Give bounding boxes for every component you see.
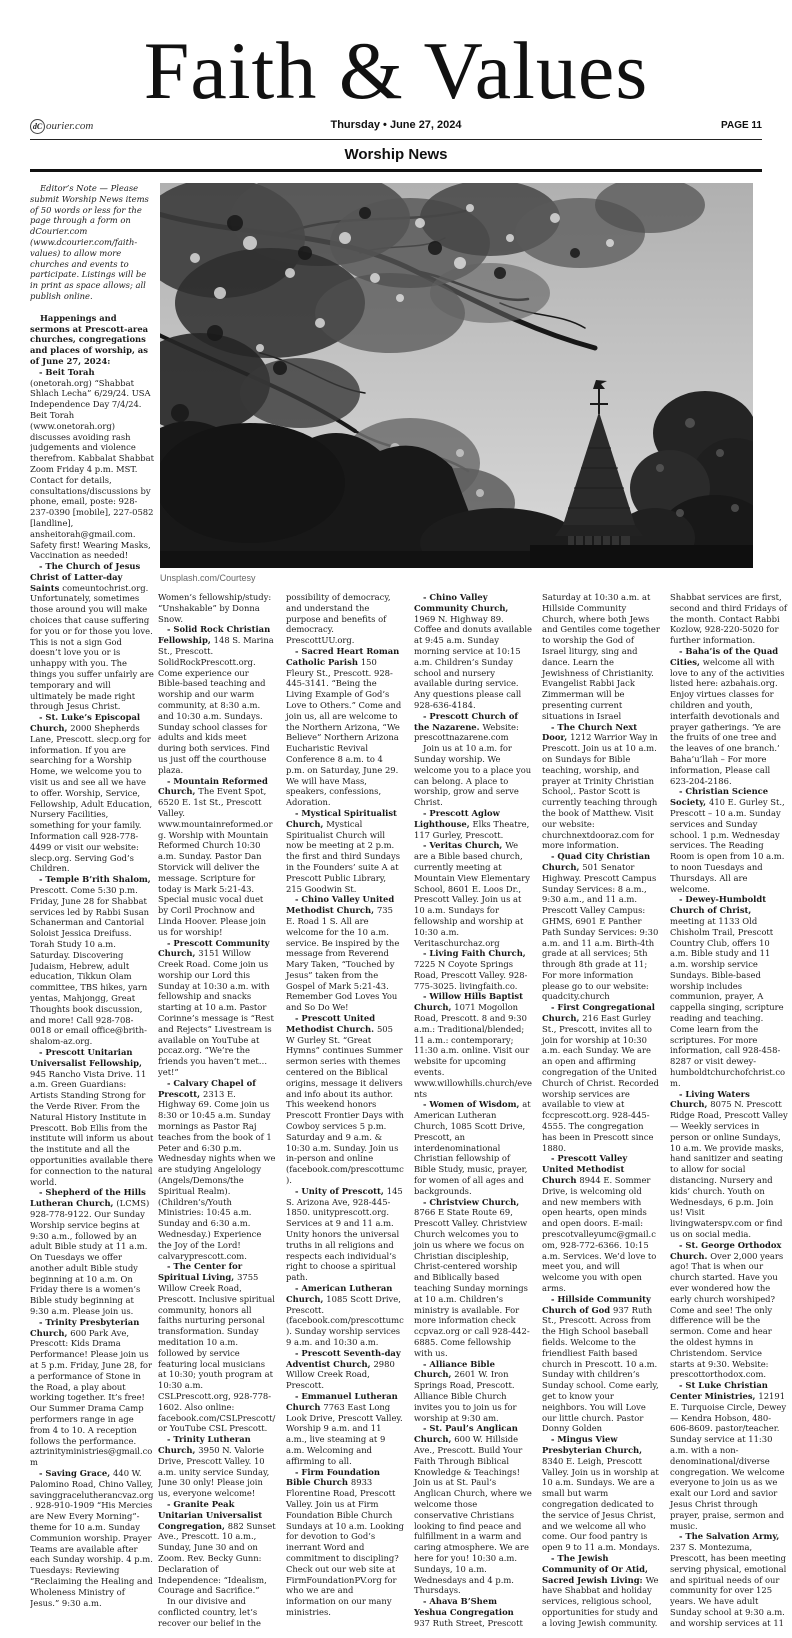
photo-caption: Unsplash.com/Courtesy <box>160 573 256 583</box>
listing-church-name: - American Lutheran Church, <box>286 1283 392 1304</box>
listing-item: - St. George Orthodox Church. Over 2,000… <box>670 1240 788 1380</box>
listing-church-name: - Saving Grace, <box>39 1468 113 1478</box>
listing-item: - Firm Foundation Bible Church 8933 Flor… <box>286 1467 404 1618</box>
listing-item: - The Church Next Door, 1212 Warrior Way… <box>542 722 660 852</box>
church-steeple-image <box>160 183 753 568</box>
listing-item: - First Congregational Church, 216 East … <box>542 1002 660 1153</box>
listing-church-name: - Unity of Prescott, <box>295 1186 387 1196</box>
worship-photo <box>160 183 753 568</box>
listing-church-name: - Prescott Church of the Nazarene. <box>414 711 518 732</box>
listing-church-name: - Solid Rock Christian Fellowship, <box>158 624 270 645</box>
listing-church-name: - Chino Valley United Methodist Church, <box>286 894 394 915</box>
listing-item: - Prescott Seventh-day Adventist Church,… <box>286 1348 404 1391</box>
worship-listings-columns: Women’s fellowship/study: “Unshakable” b… <box>158 592 788 1632</box>
listing-item: - Prescott Community Church, 3151 Willow… <box>158 938 276 1078</box>
listing-church-name: - Trinity Presbyterian Church, <box>30 1317 139 1338</box>
listing-item: - Emmanuel Lutheran Church 7763 East Lon… <box>286 1391 404 1467</box>
listing-church-name: - Calvary Chapel of Prescott, <box>158 1078 256 1099</box>
listing-church-name: - Women of Wisdom, <box>423 1099 522 1109</box>
column-one-listings: - Beit Torah (onetorah.org) “Shabbat Shl… <box>30 367 154 1609</box>
listing-item: - Prescott Church of the Nazarene. Websi… <box>414 711 532 743</box>
listing-item: - Saving Grace, 440 W. Palomino Road, Ch… <box>30 1468 154 1608</box>
listing-item: - Willow Hills Baptist Church, 1071 Mogo… <box>414 991 532 1099</box>
listing-item: - The Church of Jesus Christ of Latter-d… <box>30 561 154 712</box>
listing-item: - American Lutheran Church, 1085 Scott D… <box>286 1283 404 1348</box>
listing-item: - Mountain Reformed Church, The Event Sp… <box>158 776 276 938</box>
date-text: Thursday • June 27, 2024 <box>30 119 762 131</box>
dateline-row: dCourier.com Thursday • June 27, 2024 PA… <box>30 119 762 135</box>
listing-church-name: - The Church of Jesus Christ of Latter-d… <box>30 561 140 593</box>
spacer <box>30 302 154 313</box>
listing-church-name: - Baha’is of the Quad Cities, <box>670 646 778 667</box>
listing-item: - Hillside Community Church of God 937 R… <box>542 1294 660 1434</box>
listing-item: - Christian Science Society, 410 E. Gurl… <box>670 786 788 894</box>
listing-item: - Unity of Prescott, 145 S. Arizona Ave,… <box>286 1186 404 1283</box>
listing-church-name: - Emmanuel Lutheran Church <box>286 1391 398 1412</box>
page-title: Faith & Values <box>0 30 792 112</box>
listing-church-name: - Dewey-Humboldt Church of Christ, <box>670 894 766 915</box>
listing-church-name: - The Center for Spiritual Living, <box>158 1261 242 1282</box>
listing-item: - Trinity Lutheran Church, 3950 N. Valor… <box>158 1434 276 1499</box>
listing-item: Join us at 10 a.m. for Sunday worship. W… <box>414 743 532 808</box>
listing-item: - Living Faith Church, 7225 N Coyote Spr… <box>414 948 532 991</box>
listing-church-name: - Living Waters Church, <box>670 1089 750 1110</box>
listing-item: - Veritas Church, We are a Bible based c… <box>414 840 532 948</box>
listing-item: - Prescott Aglow Lighthouse, Elks Theatr… <box>414 808 532 840</box>
listing-item: - Temple B’rith Shalom, Prescott. Come 5… <box>30 874 154 1047</box>
listing-item: - Solid Rock Christian Fellowship, 148 S… <box>158 624 276 775</box>
listing-church-name: - Hillside Community Church of God <box>542 1294 651 1315</box>
listing-church-name: - Chino Valley Community Church, <box>414 592 508 613</box>
listing-church-name: - Sacred Heart Roman Catholic Parish <box>286 646 399 667</box>
listing-item: - Alliance Bible Church, 2601 W. Iron Sp… <box>414 1359 532 1424</box>
editor-note: Editor’s Note — Please submit Worship Ne… <box>30 183 154 302</box>
listing-item: - Chino Valley United Methodist Church, … <box>286 894 404 1013</box>
listing-item: - St. Paul’s Anglican Church, 600 W. Hil… <box>414 1423 532 1596</box>
column-one: Editor’s Note — Please submit Worship Ne… <box>30 183 154 1630</box>
listing-church-name: - Veritas Church, <box>423 840 505 850</box>
listing-church-name: - Prescott Unitarian Universalist Fellow… <box>30 1047 142 1068</box>
listing-item: - Christview Church, 8766 E State Route … <box>414 1197 532 1359</box>
listing-item: - Dewey-Humboldt Church of Christ, meeti… <box>670 894 788 1088</box>
listing-item: - Sacred Heart Roman Catholic Parish 150… <box>286 646 404 808</box>
listing-item: - Chino Valley Community Church, 1969 N.… <box>414 592 532 711</box>
listing-church-name: - Mingus View Presbyterian Church, <box>542 1434 642 1455</box>
listing-church-name: - Living Faith Church, <box>423 948 526 958</box>
listing-church-name: - Prescott Seventh-day Adventist Church, <box>286 1348 401 1369</box>
listing-church-name: - Quad City Christian Church, <box>542 851 650 872</box>
listing-church-name: - Mystical Spiritualist Church, <box>286 808 397 829</box>
listing-church-name: - Willow Hills Baptist Church, <box>414 991 523 1012</box>
listing-church-name: - St. Paul’s Anglican Church, <box>414 1423 518 1444</box>
listing-item: - Quad City Christian Church, 501 Senato… <box>542 851 660 1002</box>
listing-item: - Baha’is of the Quad Cities, welcome al… <box>670 646 788 786</box>
listing-church-name: - First Congregational Church, <box>542 1002 655 1023</box>
listing-item: - Living Waters Church, 8075 N. Prescott… <box>670 1089 788 1240</box>
listing-church-name: - Ahava B’Shem Yeshua Congregation <box>414 1596 514 1617</box>
listing-item: - Prescott Unitarian Universalist Fellow… <box>30 1047 154 1187</box>
listing-church-name: - Prescott Aglow Lighthouse, <box>414 808 500 829</box>
listing-item: - Mystical Spiritualist Church, Mystical… <box>286 808 404 894</box>
listing-item: - St Luke Christian Center Ministries, 1… <box>670 1380 788 1531</box>
listing-item: - The Center for Spiritual Living, 3755 … <box>158 1261 276 1434</box>
listing-church-name: - Prescott Community Church, <box>158 938 270 959</box>
listing-item: - Trinity Presbyterian Church, 600 Park … <box>30 1317 154 1468</box>
listing-church-name: - Christian Science Society, <box>670 786 768 807</box>
listing-church-name: - Trinity Lutheran Church, <box>158 1434 251 1455</box>
listing-item: - Prescott United Methodist Church. 505 … <box>286 1013 404 1186</box>
newspaper-page: Faith & Values dCourier.com Thursday • J… <box>0 0 792 1638</box>
intro-heading: Happenings and sermons at Prescott-area … <box>30 313 154 367</box>
listing-church-name: - St. George Orthodox Church. <box>670 1240 781 1261</box>
listing-church-name: - Firm Foundation Bible Church <box>286 1467 380 1488</box>
listing-item: - Beit Torah (onetorah.org) “Shabbat Shl… <box>30 367 154 561</box>
thick-divider <box>30 169 762 172</box>
listing-church-name: - The Salvation Army, <box>679 1531 779 1541</box>
listing-church-name: - Granite Peak Unitarian Universalist Co… <box>158 1499 262 1531</box>
listing-item: - Granite Peak Unitarian Universalist Co… <box>158 1499 276 1596</box>
listing-item: - Mingus View Presbyterian Church, 8340 … <box>542 1434 660 1553</box>
listing-church-name: - Beit Torah <box>39 367 95 377</box>
listing-church-name: - The Church Next Door, <box>542 722 637 743</box>
listing-item: - Women of Wisdom, at American Lutheran … <box>414 1099 532 1196</box>
listing-church-name: - Christview Church, <box>423 1197 519 1207</box>
listing-church-name: - The Jewish Community of Or Atid, Sacre… <box>542 1553 648 1585</box>
listing-item: - Prescott Valley United Methodist Churc… <box>542 1153 660 1293</box>
listing-church-name: - Prescott United Methodist Church. <box>286 1013 377 1034</box>
listing-item: - Calvary Chapel of Prescott, 2313 E. Hi… <box>158 1078 276 1262</box>
listing-item: - St. Luke’s Episcopal Church, 2000 Shep… <box>30 712 154 874</box>
listing-item: Women’s fellowship/study: “Unshakable” b… <box>158 592 276 624</box>
listing-church-name: - Shepherd of the Hills Lutheran Church, <box>30 1187 146 1208</box>
listing-church-name: - St. Luke’s Episcopal Church, <box>30 712 140 733</box>
section-title: Worship News <box>0 146 792 163</box>
listing-church-name: - Mountain Reformed Church, <box>158 776 268 797</box>
listing-church-name: - St Luke Christian Center Ministries, <box>670 1380 768 1401</box>
thin-divider <box>30 139 762 140</box>
listing-church-name: - Alliance Bible Church, <box>414 1359 495 1380</box>
page-number: PAGE 11 <box>721 120 762 131</box>
listing-church-name: - Prescott Valley United Methodist Churc… <box>542 1153 627 1185</box>
listing-item: - Shepherd of the Hills Lutheran Church,… <box>30 1187 154 1317</box>
listing-church-name: - Temple B’rith Shalom, <box>39 874 151 884</box>
